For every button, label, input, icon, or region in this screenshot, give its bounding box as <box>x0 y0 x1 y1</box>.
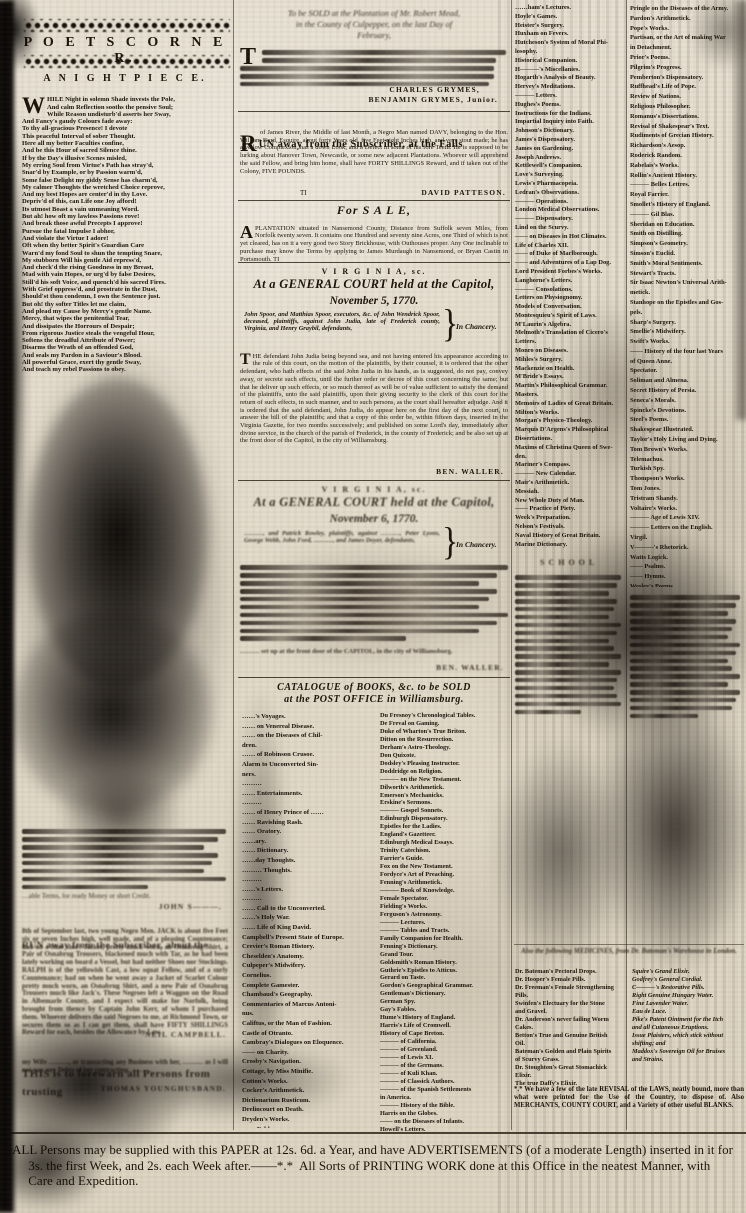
illegible-text-line <box>240 74 494 79</box>
court2-parties: ………, and Patrick Rowley, plaintiffs, aga… <box>244 530 440 544</box>
illegible-text-line <box>515 615 609 620</box>
catalogue-heading-2: at the POST OFFICE in Williamsburg. <box>240 694 508 705</box>
column-rule <box>626 0 627 1130</box>
revisal-notice: *.* We have a few of the late REVISAL of… <box>514 1086 744 1109</box>
illegible-text-line <box>630 651 736 656</box>
ink-blotch <box>12 610 212 815</box>
illegible-text-line <box>262 50 506 55</box>
illegible-text-line <box>240 573 497 578</box>
virginia-heading: V I R G I N I A, sc. <box>240 485 508 494</box>
section-rule <box>238 677 510 678</box>
illegible-text-line <box>515 710 581 715</box>
grymes-signature-2: BENJAMIN GRYMES, Junior. <box>240 95 498 104</box>
illegible-text-line <box>630 659 728 664</box>
sold-notice-head: To be SOLD at the Plantation of Mr. Robe… <box>240 8 508 41</box>
illegible-text-line <box>240 621 497 626</box>
campbell-signature: NEIL CAMPBELL. <box>22 1030 226 1039</box>
newspaper-page: P O E T S C O R N E R. A N I G H T P I E… <box>0 0 746 1213</box>
catalogue-column-a: ……'s Voyages. …… on Venereal Disease. ……… <box>242 712 372 1128</box>
scan-edge-bar <box>0 0 14 1213</box>
illegible-text-line <box>240 636 406 641</box>
illegible-text-line <box>515 662 609 667</box>
illegible-court2-body <box>240 562 508 644</box>
runaway-davy-body: of James River, the Middle of last Month… <box>240 129 508 189</box>
illegible-text-line <box>515 623 621 628</box>
column-rule <box>233 0 234 1130</box>
waller-signature: BEN. WALLER. <box>240 663 504 672</box>
drop-cap: T <box>240 353 251 367</box>
illegible-text-line <box>515 694 617 699</box>
illegible-text-line <box>22 877 226 882</box>
illegible-text-line <box>515 670 621 675</box>
book-list-column-4: Pringle on the Diseases of the Army. Par… <box>630 4 742 587</box>
poem-text: HILE Night in solemn Shade invests the P… <box>22 96 175 373</box>
illegible-text-line <box>630 603 736 608</box>
in-chancery-label: In Chancery. <box>456 540 497 549</box>
illegible-text-line <box>630 690 740 695</box>
ink-blotch <box>10 345 232 835</box>
in-chancery-label: In Chancery. <box>456 322 497 331</box>
illegible-text-line <box>22 837 218 842</box>
illegible-text-line <box>515 631 617 636</box>
illegible-text-line <box>630 627 732 632</box>
printer-mark: TI <box>300 189 340 197</box>
catalogue-column-b: Du Fresnoy's Chronological Tables. De Fr… <box>380 712 508 1132</box>
for-sale-text: PLANTATION situated in Nansemond County,… <box>240 225 508 261</box>
night-piece-poem: WHILE Night in solemn Shade invests the … <box>22 89 226 379</box>
illegible-text-line <box>630 714 698 719</box>
illegible-text-line <box>515 607 614 612</box>
for-sale-body: APLANTATION situated in Nansemond County… <box>240 217 508 261</box>
court-date: November 6, 1770. <box>240 513 508 525</box>
illegible-text-line <box>240 66 494 71</box>
illegible-text-line <box>630 682 728 687</box>
for-sale-title: For S A L E, <box>240 203 508 218</box>
illegible-text-line <box>22 853 218 858</box>
illegible-text-line <box>240 589 497 594</box>
medicines-list-left: Dr. Bateman's Pectoral Drops. Dr. Hooper… <box>515 968 627 1090</box>
illegible-text-line <box>240 605 479 610</box>
section-rule <box>238 200 510 201</box>
younghusband-signature: THOMAS YOUNGHUSBAND. <box>22 1084 226 1093</box>
illegible-text-line <box>515 686 614 691</box>
school-books-heading: S C H O O L <box>540 558 620 567</box>
illegible-text-line <box>240 613 508 618</box>
section-rule <box>238 262 510 263</box>
illegible-text-line <box>630 706 732 711</box>
ornament-band <box>24 19 230 32</box>
illegible-text-line <box>515 599 617 604</box>
illegible-column4-list <box>630 592 740 722</box>
illegible-text-line <box>22 861 212 866</box>
footer-rule <box>0 1132 746 1134</box>
illegible-text-line <box>22 829 226 834</box>
court2-tail: ……… set up at the front door of the CAPI… <box>240 648 508 656</box>
illegible-text-line <box>630 674 740 679</box>
illegible-text-line <box>515 583 617 588</box>
illegible-text-line <box>630 698 736 703</box>
illegible-text-line <box>22 845 204 850</box>
patteson-signature: DAVID PATTESON. <box>340 188 506 197</box>
general-court-heading: At a GENERAL COURT held at the Capitol, <box>240 495 508 510</box>
poem-title: A N I G H T P I E C E. <box>20 73 230 84</box>
illegible-text-line <box>630 643 740 648</box>
illegible-text-line <box>515 575 621 580</box>
ink-blotch <box>495 745 625 960</box>
ad-fragment-signature: JOHN S———. <box>22 902 222 911</box>
medicines-list-right: Squire's Grand Elixir. Godfrey's General… <box>632 968 744 1080</box>
section-rule <box>238 111 510 112</box>
subscription-banner: ALL Persons may be supplied with this PA… <box>12 1142 736 1189</box>
illegible-text-line <box>515 654 621 659</box>
court1-text: HE defendant John Judia being beyond sea… <box>240 353 508 445</box>
illegible-text-line <box>515 678 617 683</box>
illegible-text-line <box>630 619 736 624</box>
court1-order-body: THE defendant John Judia being beyond se… <box>240 345 508 469</box>
illegible-text-line <box>22 869 204 874</box>
illegible-text-line <box>630 666 732 671</box>
illegible-text-line <box>515 646 614 651</box>
illegible-text-line <box>240 629 479 634</box>
illegible-text-line <box>630 635 728 640</box>
runaway-jack-body: 8th of September last, two young Negro M… <box>22 928 228 1036</box>
ink-blotch <box>596 690 746 970</box>
section-rule <box>514 944 744 945</box>
book-list-column-3: ……ham's Lectures. Hoyle's Games. Heister… <box>515 4 623 549</box>
grymes-signature-1: CHARLES GRYMES, <box>240 85 480 94</box>
catalogue-heading-1: CATALOGUE of BOOKS, &c. to be SOLD <box>240 682 508 693</box>
illegible-text-line <box>515 639 609 644</box>
drop-cap: W <box>22 96 45 115</box>
illegible-text-line <box>630 595 740 600</box>
illegible-text-line <box>515 591 609 596</box>
ad-fragment-line: …able Terms, for ready Money or short Cr… <box>22 893 226 901</box>
ink-blotch <box>28 378 208 688</box>
illegible-text-line <box>240 597 489 602</box>
section-rule <box>238 480 510 481</box>
medicines-intro: Also the following MEDICINES, from Dr. B… <box>514 948 744 956</box>
ornament-band <box>24 55 230 68</box>
forewarn-body: my Wife ………, or transacting any Business… <box>22 1059 228 1075</box>
illegible-advertisement <box>22 826 226 893</box>
illegible-school-list <box>515 572 621 717</box>
column-rule <box>511 0 512 1130</box>
drop-cap: A <box>240 225 253 240</box>
waller-signature: BEN. WALLER. <box>240 467 504 476</box>
illegible-text-line <box>630 611 728 616</box>
illegible-sold-body <box>262 47 506 90</box>
illegible-text-line <box>240 565 508 570</box>
court1-parties: John Spoor, and Matthias Spoor, executor… <box>244 311 440 333</box>
illegible-text-line <box>515 702 621 707</box>
general-court-heading: At a GENERAL COURT held at the Capitol, <box>240 277 508 292</box>
illegible-text-line <box>22 885 148 890</box>
virginia-heading: V I R G I N I A, sc. <box>240 267 508 276</box>
illegible-text-line <box>240 581 479 586</box>
court-date: November 5, 1770. <box>240 295 508 307</box>
illegible-text-line <box>262 58 496 63</box>
